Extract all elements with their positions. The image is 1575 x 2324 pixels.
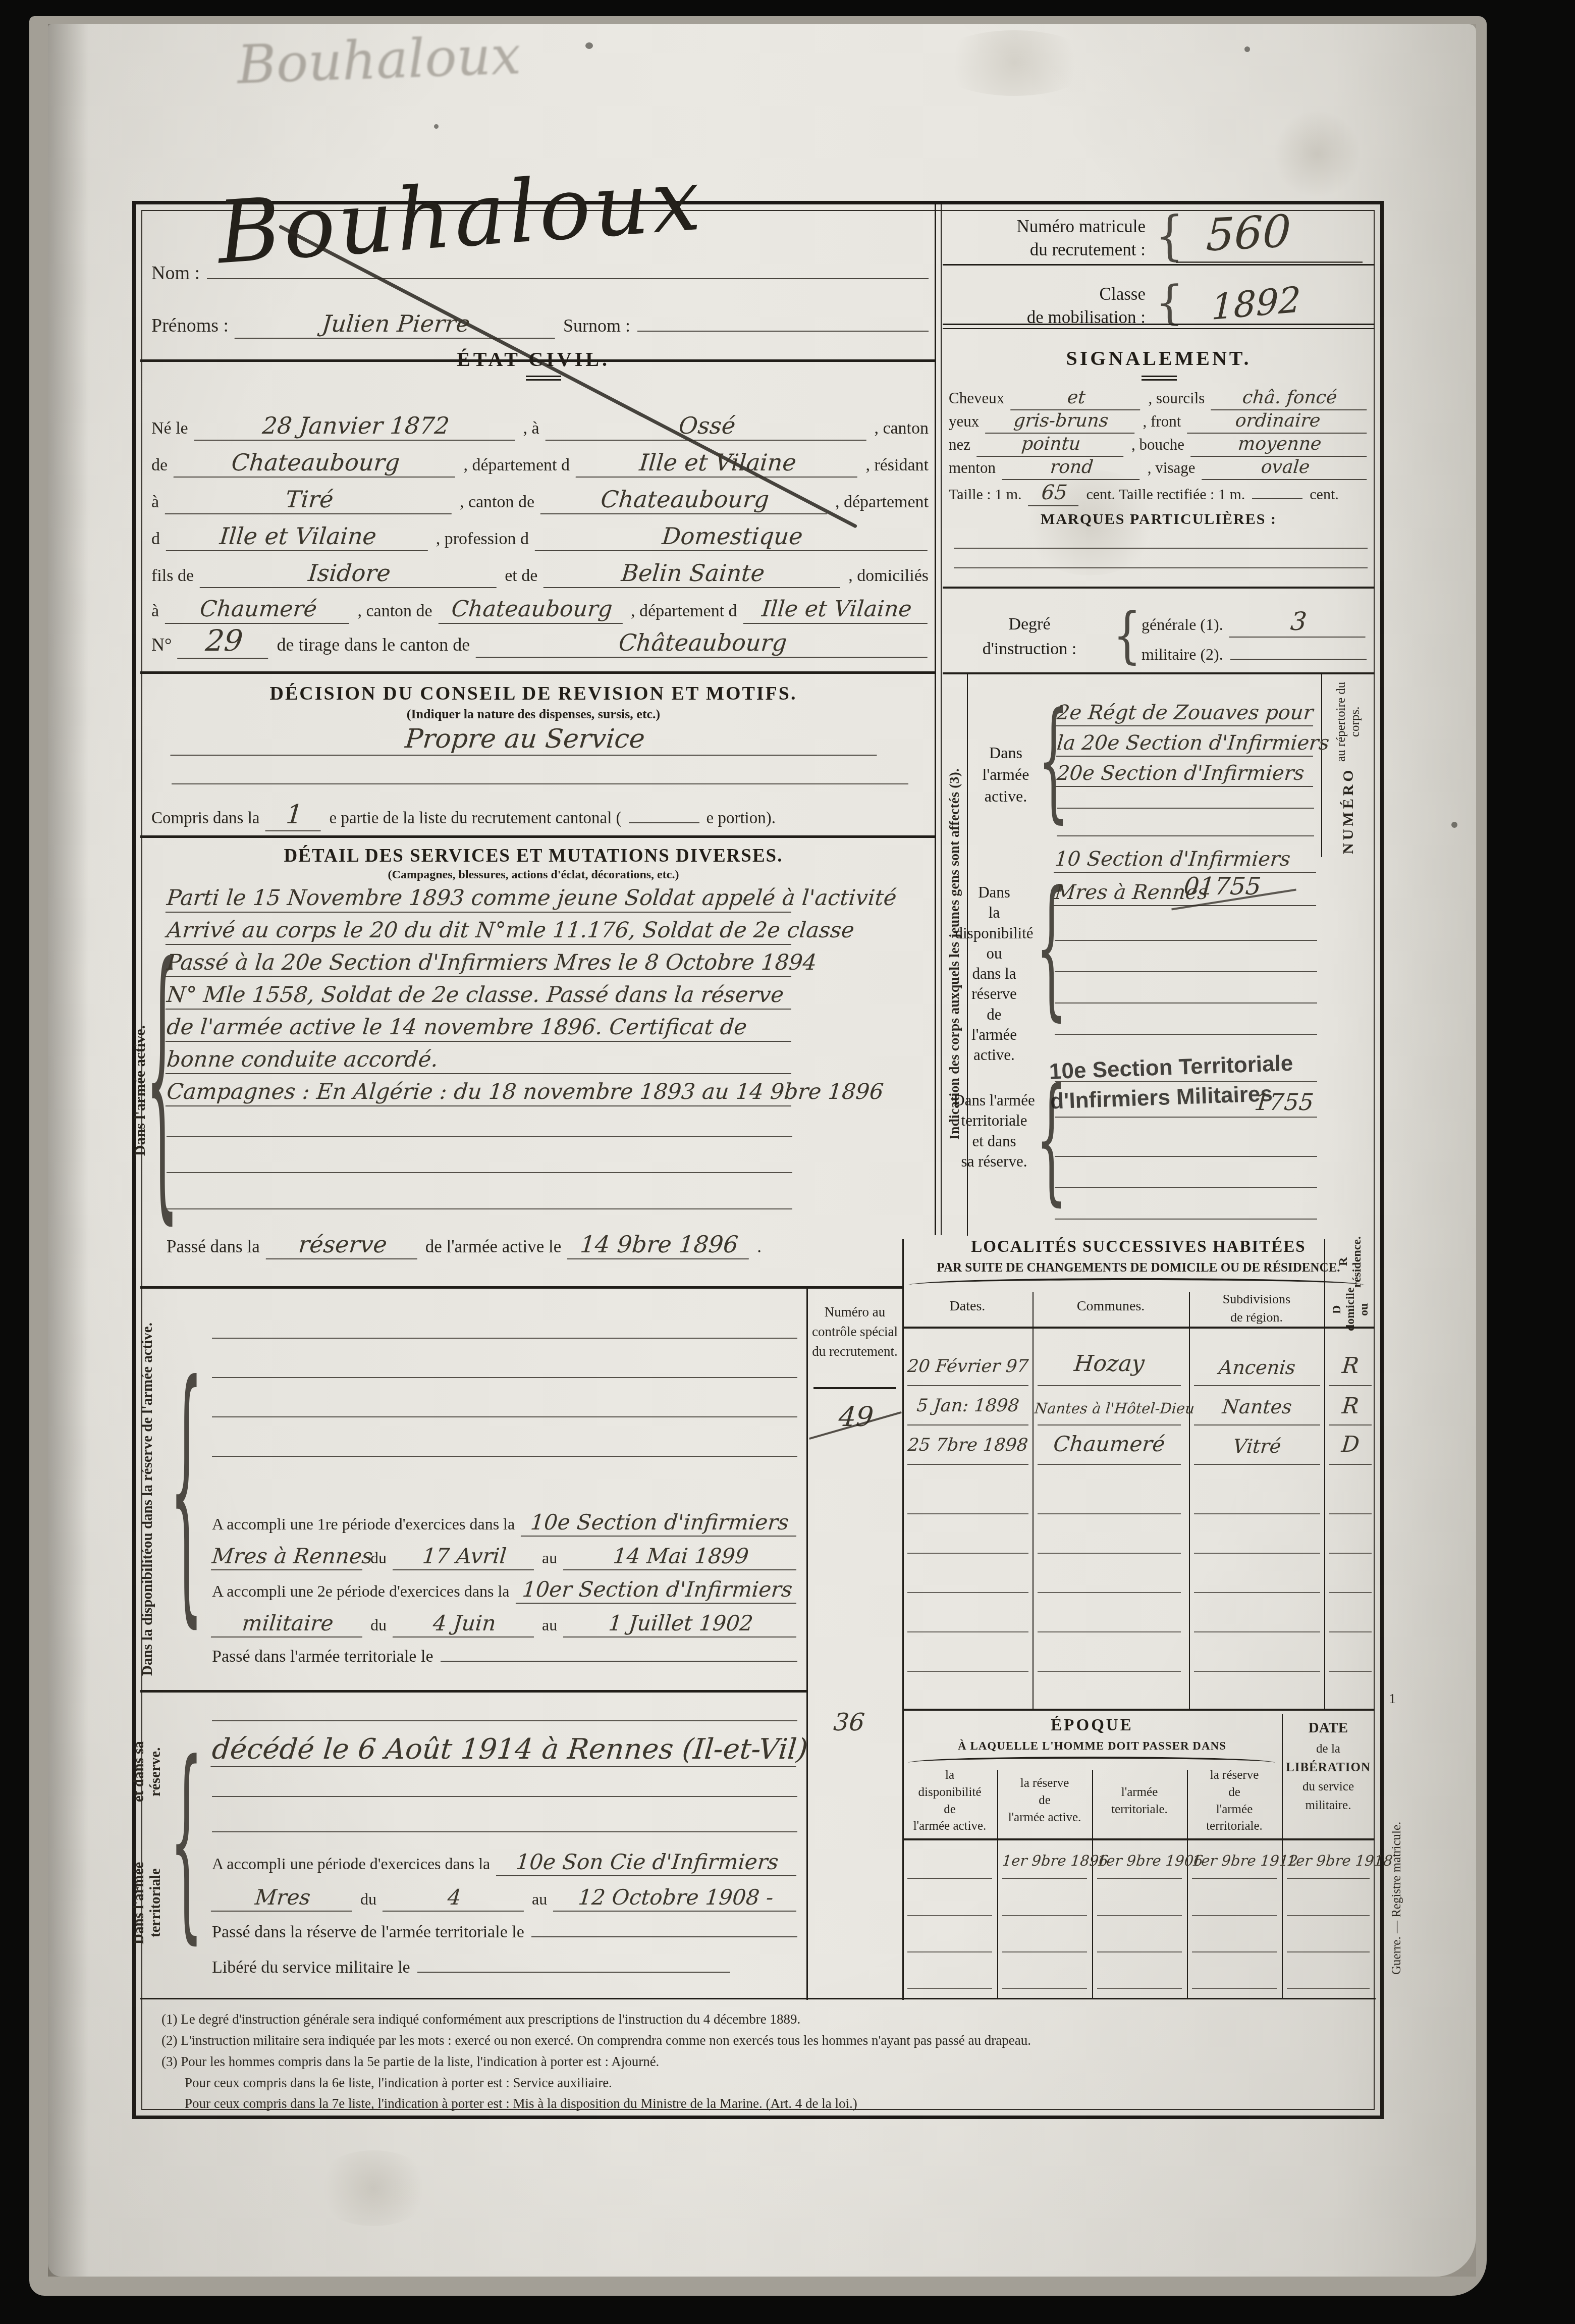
numero-repertoire-label: NUMÉRO au répertoire du corps. — [1323, 676, 1374, 854]
section-rule — [943, 672, 1375, 674]
side-label-line: et dans sa réserve. — [131, 1716, 164, 1827]
etat-civil-line-1: Né le 28 Janvier 1872 , à Ossé , canton — [151, 414, 929, 441]
localites-subdivision: Ancenis — [1193, 1358, 1321, 1377]
corps-dispo-row: 10 Section d'Infirmiers — [1055, 849, 1317, 873]
table-vertical — [1189, 1292, 1190, 1709]
parents-departement: Ille et Vilaine — [743, 598, 930, 624]
periode-3-lieu: Mres — [211, 1887, 354, 1912]
label: , visage — [1148, 459, 1196, 477]
tirage-row: N° 29 de tirage dans le canton de Châtea… — [151, 626, 929, 659]
disponibilite-side-label: Dans la disponibilité ou dans la réserve… — [126, 1323, 169, 1676]
col-header-line: de région. — [1189, 1308, 1324, 1327]
header-line: disponibilité — [902, 1784, 997, 1801]
label: , département — [835, 492, 929, 512]
row-line — [1329, 1385, 1372, 1386]
blank-line — [1057, 808, 1314, 809]
matricule-label-2: du recrutement : — [949, 238, 1146, 261]
decision-value-row: Propre au Service — [172, 726, 878, 756]
corps-dispo-label: Dans la disponibilité ou dans la réserve… — [952, 882, 1037, 1066]
localites-col-subdivisions: Subdivisions de région. — [1189, 1290, 1324, 1327]
controle-column-border — [806, 1286, 808, 2000]
localites-dr: R — [1328, 1395, 1373, 1417]
table-header-rule — [902, 1838, 1375, 1840]
instruction-label-1: Degré — [954, 612, 1105, 637]
residence: Tiré — [165, 488, 454, 514]
blank-line — [954, 567, 1368, 568]
service-line: Passé à la 20e Section d'Infirmiers Mres… — [167, 952, 792, 977]
territoriale-brace: { — [170, 1736, 203, 1946]
epoque-title: ÉPOQUE — [902, 1716, 1282, 1735]
nom-label: Nom : — [151, 262, 200, 285]
blank-line — [212, 1720, 797, 1721]
footnotes-rule — [140, 1998, 1376, 1999]
surnom-label: Surnom : — [563, 315, 630, 336]
cheveux-value: et — [1010, 389, 1142, 410]
periode-2-lieu: militaire — [211, 1613, 364, 1638]
signalement-title-rule — [1142, 376, 1177, 381]
matricule-label-1: Numéro matricule — [949, 215, 1146, 238]
service-line: de l'armée active le 14 novembre 1896. C… — [167, 1017, 792, 1042]
paper-speck — [1244, 46, 1250, 52]
taille-value: 65 — [1027, 483, 1080, 506]
birth-canton: Chateaubourg — [174, 451, 458, 478]
disponibilite-brace: { — [170, 1351, 203, 1630]
service-entry: Campagnes : En Algérie : du 18 novembre … — [166, 1081, 793, 1106]
epoque-subtitle: À LAQUELLE L'HOMME DOIT PASSER DANS — [902, 1739, 1282, 1753]
nez-value: pointu — [976, 435, 1125, 457]
controle-number-36: 36 — [833, 1710, 865, 1734]
empty-field — [441, 1658, 798, 1662]
row-line — [1192, 1878, 1277, 1879]
tirage-number: 29 — [178, 626, 271, 659]
header-right-bottom-line-2 — [943, 328, 1375, 329]
row-line — [1194, 1424, 1320, 1425]
liste-partie: 1 — [265, 802, 323, 831]
row-line — [1329, 1464, 1372, 1465]
periode-1-row: A accompli une 1re période d'exercices d… — [212, 1512, 797, 1537]
taille-row: Taille : 1 m. 65 cent. Taille rectifiée … — [949, 483, 1368, 506]
localites-commune: Nantes à l'Hôtel-Dieu — [1034, 1401, 1185, 1416]
blank-line — [167, 1172, 792, 1173]
empty-field — [531, 1934, 797, 1937]
blank-line — [1055, 1117, 1317, 1118]
matricule-value: 560 — [1206, 208, 1292, 257]
header-line: de la — [1282, 1739, 1375, 1759]
label: , bouche — [1131, 436, 1184, 454]
header-line: militaire. — [1282, 1796, 1375, 1815]
label: à — [151, 492, 159, 512]
row-line — [907, 1878, 992, 1879]
matricule-underline — [1176, 261, 1363, 263]
blank-line — [1055, 1034, 1317, 1035]
matricule-label: Numéro matricule du recrutement : — [949, 215, 1146, 261]
signalement-row-4: menton rond , visage ovale — [949, 458, 1368, 480]
blank-line — [212, 1338, 797, 1339]
classe-label: Classe de mobilisation : — [949, 283, 1146, 329]
paper-stain — [1272, 111, 1363, 197]
margin-series-label: Guerre. — Registre matricule. — [1387, 1726, 1407, 2070]
periode-2-corps: 10er Section d'Infirmiers — [515, 1579, 798, 1604]
header-line: la réserve — [1187, 1767, 1282, 1784]
etat-civil-line-6: à Chaumeré , canton de Chateaubourg , dé… — [151, 598, 929, 624]
row-line — [1329, 1424, 1372, 1425]
label: , résidant — [865, 455, 929, 475]
header-line: de — [902, 1801, 997, 1818]
instruction-brace: { — [1113, 605, 1141, 665]
passe-reserve-territoriale-row: Passé dans la réserve de l'armée territo… — [212, 1922, 797, 1942]
periode-1-dates-row: Mres à Rennes du 17 Avril au 14 Mai 1899 — [212, 1546, 797, 1570]
dr-header-line: D domicile ou — [1330, 1288, 1371, 1332]
empty-rows — [1038, 1475, 1181, 1708]
row-line — [1002, 1878, 1087, 1879]
localites-title: LOCALITÉS SUCCESSIVES HABITÉES — [902, 1238, 1375, 1256]
corps-dispo-entry: 10 Section d'Infirmiers — [1054, 849, 1318, 873]
footnote-4: Pour ceux compris dans la 6e liste, l'in… — [161, 2073, 1031, 2094]
profession: Domestique — [535, 524, 930, 551]
corps-active-label: Dans l'armée active. — [973, 742, 1039, 808]
numero-repertoire-line-1: NUMÉRO — [1340, 767, 1357, 854]
label: Cheveux — [949, 389, 1004, 407]
terr-numero: 1755 — [1254, 1090, 1315, 1114]
blank-line — [167, 1136, 792, 1137]
table-header-rule — [902, 1327, 1375, 1329]
label: , département d — [631, 601, 737, 621]
yeux-value: gris-bruns — [985, 412, 1136, 434]
corps-active-entry: la 20e Section d'Infirmiers — [1056, 733, 1315, 757]
signalement-row-1: Cheveux et , sourcils châ. foncé — [949, 389, 1368, 410]
header-line: du service — [1282, 1777, 1375, 1797]
epoque-col-1-header: la disponibilité de l'armée active. — [902, 1767, 997, 1835]
matricule-brace: { — [1155, 210, 1183, 262]
blank-line — [212, 1456, 797, 1457]
localites-col-communes: Communes. — [1033, 1298, 1189, 1314]
prenoms-row: Prénoms : Julien Pierre Surnom : — [151, 312, 929, 339]
row-line — [907, 1385, 1028, 1386]
label: militaire (2). — [1142, 645, 1223, 664]
prenoms-label: Prénoms : — [151, 315, 229, 337]
label: Passé dans l'armée territoriale le — [212, 1647, 433, 1666]
header-line: l'armée — [1092, 1784, 1187, 1801]
label: , canton de — [357, 601, 432, 621]
paper-speck — [585, 42, 593, 49]
label: , sourcils — [1148, 389, 1205, 407]
table-vertical — [1033, 1292, 1034, 1709]
localites-date: 5 Jan: 1898 — [906, 1397, 1029, 1415]
header-line: LIBÉRATION — [1282, 1758, 1375, 1777]
label: N° — [151, 635, 172, 655]
empty-rows — [907, 1880, 1370, 1991]
label-line: ou — [952, 943, 1037, 964]
label: à — [151, 601, 159, 621]
section-rule — [140, 671, 935, 674]
label: de — [151, 455, 168, 475]
nom-row: Nom : — [151, 262, 929, 285]
periode-2-row: A accompli une 2e période d'exercices da… — [212, 1579, 797, 1604]
blank-line — [212, 1416, 797, 1417]
deces-entry: décédé le 6 Août 1914 à Rennes (Il-et-Vi… — [210, 1735, 799, 1767]
row-line — [907, 1464, 1028, 1465]
empty-rows — [1329, 1475, 1372, 1708]
empty-rows — [1194, 1475, 1320, 1708]
classe-label-1: Classe — [949, 283, 1146, 306]
localites-subdivision: Vitré — [1193, 1437, 1321, 1456]
label: nez — [949, 436, 970, 454]
row-line — [907, 1424, 1028, 1425]
periode-2-debut: 4 Juin — [393, 1613, 536, 1638]
header-right-bottom-line — [943, 324, 1375, 325]
service-entry: bonne conduite accordé. — [166, 1049, 793, 1074]
label: de l'armée active le — [425, 1237, 562, 1257]
header-line: DATE — [1282, 1717, 1375, 1739]
label: A accompli une période d'exercices dans … — [212, 1855, 490, 1873]
label: yeux — [949, 412, 979, 431]
decision-title: DÉCISION DU CONSEIL DE REVISION ET MOTIF… — [132, 682, 935, 705]
sourcils-value: châ. foncé — [1211, 389, 1368, 410]
classe-label-2: de mobilisation : — [949, 306, 1146, 329]
blank-line — [167, 1208, 792, 1209]
epoque-value: 1er 9bre 1906 — [1097, 1854, 1184, 1868]
header-line: de — [997, 1792, 1092, 1809]
passe-reserve-value: réserve — [265, 1233, 419, 1259]
etat-civil-title: ÉTAT CIVIL. — [132, 347, 935, 371]
header-line: l'armée active. — [902, 1818, 997, 1835]
service-line: bonne conduite accordé. — [167, 1049, 792, 1074]
periode-3-debut: 4 — [383, 1887, 526, 1912]
row-line — [1287, 1878, 1370, 1879]
menton-value: rond — [1002, 458, 1142, 480]
service-entry: N° Mle 1558, Soldat de 2e classe. Passé … — [166, 984, 793, 1010]
visage-value: ovale — [1202, 458, 1369, 480]
header-line: l'armée — [1187, 1801, 1282, 1818]
etat-civil-line-2: de Chateaubourg , département d Ille et … — [151, 451, 929, 478]
header-line: de — [1187, 1784, 1282, 1801]
localites-commune: Hozay — [1037, 1353, 1182, 1375]
marques-label: MARQUES PARTICULIÈRES : — [943, 511, 1375, 528]
birth-place: Ossé — [545, 414, 868, 441]
label: cent. Taille rectifiée : 1 m. — [1087, 486, 1245, 504]
localites-dr: R — [1328, 1355, 1373, 1377]
etat-civil-line-3: à Tiré , canton de Chateaubourg , départ… — [151, 488, 929, 514]
controle-header-rule — [813, 1387, 896, 1389]
epoque-col-5-header: DATE de la LIBÉRATION du service militai… — [1282, 1717, 1375, 1815]
blank-line — [172, 783, 908, 784]
label: , canton de — [460, 492, 534, 512]
label: Passé dans la réserve de l'armée territo… — [212, 1922, 524, 1942]
row-line — [1038, 1385, 1181, 1386]
signalement-row-2: yeux gris-bruns , front ordinaire — [949, 412, 1368, 434]
localites-col-dr: D domicile ou R résidence. — [1327, 1243, 1374, 1325]
label-line: dans la réserve — [952, 964, 1037, 1005]
epoque-value: 1er 9bre 1912 — [1191, 1854, 1279, 1868]
localites-date: 20 Février 97 — [906, 1358, 1029, 1376]
label: du — [370, 1616, 387, 1634]
taille-rectifiee-field — [1252, 496, 1302, 499]
label: et de — [505, 566, 537, 586]
label: A accompli une 2e période d'exercices da… — [212, 1582, 510, 1601]
corps-active-entry: 20e Section d'Infirmiers — [1056, 763, 1315, 787]
deces-row: décédé le 6 Août 1914 à Rennes (Il-et-Vi… — [212, 1735, 797, 1767]
label: fils de — [151, 566, 194, 586]
section-rule — [943, 587, 1375, 589]
periode-1-corps: 10e Section d'infirmiers — [521, 1512, 798, 1537]
header-line: territoriale. — [1092, 1801, 1187, 1818]
service-entry: Parti le 15 Novembre 1893 comme jeune So… — [166, 887, 793, 913]
surnom-field — [637, 328, 929, 332]
row-line — [1038, 1424, 1181, 1425]
controle-number-49: 49 — [838, 1403, 875, 1431]
paper-speck — [434, 124, 439, 129]
numero-repertoire-border — [1321, 674, 1322, 857]
label: , canton — [874, 418, 929, 438]
label-line: l'armée active. — [952, 1025, 1037, 1066]
label: A accompli une 1re période d'exercices d… — [212, 1515, 515, 1534]
blank-line — [212, 1796, 797, 1797]
periode-3-dates-row: Mres du 4 au 12 Octobre 1908 - — [212, 1887, 797, 1912]
blank-line — [1055, 1002, 1317, 1003]
periode-2-dates-row: militaire du 4 Juin au 1 Juillet 1902 — [212, 1613, 797, 1638]
blank-line — [954, 548, 1368, 549]
epoque-col-3-header: l'armée territoriale. — [1092, 1784, 1187, 1818]
scanned-register-photo: Bouhaloux Bouhaloux Nom : Prénoms : Juli… — [0, 0, 1575, 2324]
label-line: la disponibilité — [952, 903, 1037, 943]
column-divider — [935, 204, 936, 1235]
label-line: Dans l'armée — [952, 1090, 1037, 1111]
label: . — [757, 1237, 762, 1257]
label: menton — [949, 459, 996, 477]
empty-rows — [907, 1475, 1028, 1708]
service-entry: de l'armée active le 14 novembre 1896. C… — [166, 1017, 793, 1042]
passe-reserve-date: 14 9bre 1896 — [567, 1233, 751, 1259]
label: de tirage dans le canton de — [277, 635, 470, 655]
table-bottom-rule — [902, 1709, 1375, 1711]
service-line: N° Mle 1558, Soldat de 2e classe. Passé … — [167, 984, 792, 1010]
column-divider-thin — [941, 204, 942, 1235]
dr-header-line: R résidence. — [1337, 1236, 1364, 1288]
label: Taille : 1 m. — [949, 486, 1022, 504]
localites-date: 25 7bre 1898 — [906, 1437, 1029, 1454]
paper-speck — [1451, 822, 1457, 828]
label: e partie de la liste du recrutement cant… — [329, 809, 621, 828]
label: au — [532, 1890, 547, 1909]
residence-departement: Ille et Vilaine — [166, 524, 430, 551]
parents-domicile: Chaumeré — [165, 598, 352, 624]
blank-line — [1055, 971, 1317, 972]
service-line: Parti le 15 Novembre 1893 comme jeune So… — [167, 887, 792, 913]
instruction-generale-value: 3 — [1229, 609, 1368, 638]
periode-1-lieu: Mres à Rennes — [211, 1546, 364, 1570]
periode-1-fin: 14 Mai 1899 — [563, 1546, 798, 1570]
label: , domiciliés — [848, 566, 929, 586]
label: générale (1). — [1142, 615, 1223, 634]
footnotes: (1) Le degré d'instruction générale sera… — [161, 2009, 1031, 2115]
row-line — [1097, 1878, 1182, 1879]
corps-active-row: 20e Section d'Infirmiers — [1057, 763, 1314, 787]
service-entry: Passé à la 20e Section d'Infirmiers Mres… — [166, 952, 793, 977]
localites-subtitle: PAR SUITE DE CHANGEMENTS DE DOMICILE OU … — [902, 1261, 1375, 1275]
corps-dispo-numero: 01755 — [1183, 874, 1262, 899]
side-label-line: ou dans la réserve de l'armée active. — [139, 1323, 156, 1548]
decision-subtitle: (Indiquer la nature des dispenses, sursi… — [132, 707, 935, 722]
etat-civil-line-4: d Ille et Vilaine , profession d Domesti… — [151, 524, 929, 551]
numero-repertoire-line-2: au répertoire du corps. — [1334, 676, 1363, 767]
services-title: DÉTAIL DES SERVICES ET MUTATIONS DIVERSE… — [132, 845, 935, 867]
instruction-militaire-row: militaire (2). — [1142, 645, 1367, 664]
service-line: Campagnes : En Algérie : du 18 novembre … — [167, 1081, 792, 1106]
signalement-row-3: nez pointu , bouche moyenne — [949, 435, 1368, 457]
bouche-value: moyenne — [1190, 435, 1369, 457]
footnote-5: Pour ceux compris dans la 7e liste, l'in… — [161, 2093, 1031, 2115]
controle-header: Numéro au contrôle spécial du recrutemen… — [811, 1302, 898, 1361]
periode-3-row: A accompli une période d'exercices dans … — [212, 1852, 797, 1876]
label: cent. — [1310, 486, 1338, 504]
instruction-militaire-field — [1230, 656, 1367, 660]
localites-commune: Chaumeré — [1037, 1434, 1182, 1455]
instruction-label-2: d'instruction : — [954, 637, 1105, 661]
front-value: ordinaire — [1187, 412, 1368, 434]
blank-line — [1055, 1156, 1317, 1157]
mother-name: Belin Sainte — [544, 561, 843, 588]
paper-stain — [313, 2150, 434, 2226]
parents-canton: Chateaubourg — [438, 598, 625, 624]
label: e portion). — [707, 809, 776, 828]
controle-column-border — [902, 1239, 904, 2000]
portion-field — [629, 820, 699, 823]
residence-canton: Chateaubourg — [540, 488, 829, 514]
instruction-generale-row: générale (1). 3 — [1142, 609, 1367, 638]
label: Passé dans la — [167, 1237, 260, 1257]
label-line: Dans — [952, 882, 1037, 903]
classe-value: 1892 — [1211, 282, 1301, 325]
blank-line — [1055, 1081, 1317, 1082]
label: au — [542, 1616, 557, 1634]
father-name: Isidore — [200, 561, 499, 588]
nom-field — [207, 276, 929, 279]
label: Libéré du service militaire le — [212, 1958, 410, 1977]
section-rule — [140, 1690, 807, 1693]
empty-field — [417, 1969, 730, 1973]
localites-subdivision: Nantes — [1193, 1397, 1321, 1416]
label: Compris dans la — [151, 809, 259, 828]
label: au — [542, 1549, 557, 1567]
label: , front — [1143, 412, 1181, 431]
passe-territoriale-row: Passé dans l'armée territoriale le — [212, 1647, 797, 1666]
etat-civil-title-rule — [526, 376, 561, 381]
label: , département d — [463, 455, 570, 475]
table-vertical — [1324, 1239, 1325, 1709]
corps-terr-label: Dans l'armée territoriale et dans sa rés… — [952, 1090, 1037, 1172]
epoque-col-4-header: la réserve de l'armée territoriale. — [1187, 1767, 1282, 1835]
localites-col-dates: Dates. — [902, 1298, 1033, 1314]
corps-active-row: 2e Régt de Zouaves pour — [1057, 703, 1314, 726]
header-line: territoriale. — [1187, 1818, 1282, 1835]
header-right-divider — [943, 264, 1375, 266]
footnote-2: (2) L'instruction militaire sera indiqué… — [161, 2030, 1031, 2051]
libere-row: Libéré du service militaire le — [212, 1958, 797, 1977]
label: , à — [523, 418, 539, 438]
header-line: la réserve — [997, 1775, 1092, 1792]
blank-line — [1057, 835, 1314, 836]
gutter-shadow — [48, 24, 88, 2277]
row-line — [1194, 1464, 1320, 1465]
label-line: de — [952, 1005, 1037, 1025]
territoriale-side-label: Dans l'armée territoriale et dans sa rés… — [126, 1716, 169, 1979]
classe-brace: { — [1155, 280, 1183, 326]
periode-3-fin: 12 Octobre 1908 - — [553, 1887, 798, 1912]
compris-row: Compris dans la 1 e partie de la liste d… — [151, 802, 929, 831]
label: du — [360, 1890, 376, 1909]
label: , profession d — [436, 529, 529, 549]
birth-departement: Ille et Vilaine — [576, 451, 860, 478]
